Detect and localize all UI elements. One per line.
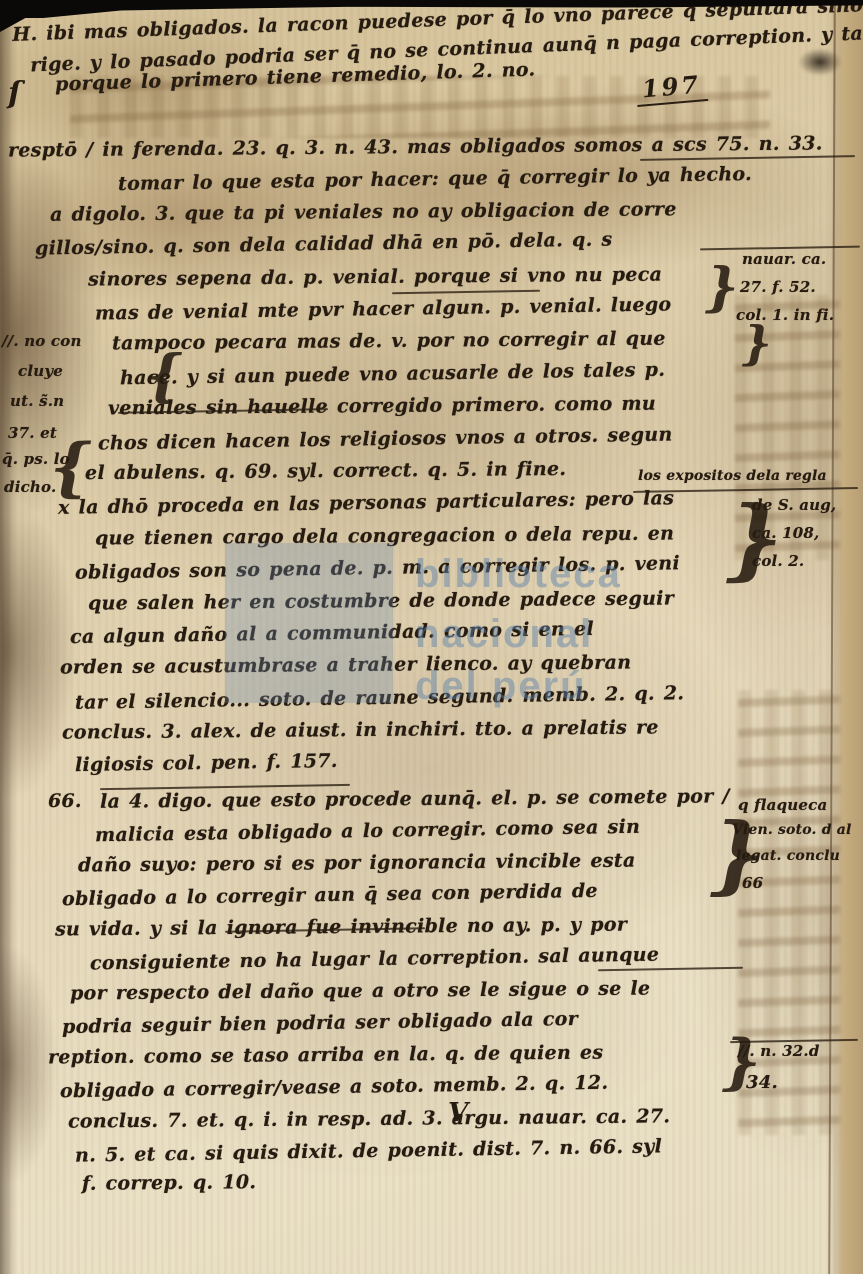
brace-glyph: { <box>50 436 91 500</box>
text-line: n. 5. et ca. si quis dixit. de poenit. d… <box>75 1135 662 1166</box>
rule-line <box>598 967 743 972</box>
brace-glyph: } <box>742 320 772 366</box>
text-line: consiguiente no ha lugar la correption. … <box>90 944 660 975</box>
text-line: conclus. 3. alex. de aiust. in inchiri. … <box>62 716 659 743</box>
brace-glyph: } <box>722 1032 761 1092</box>
text-line: ligiosis col. pen. f. 157. <box>75 750 338 776</box>
page-edge-left <box>0 0 16 1274</box>
text-line: podria seguir bien podria ser obligado a… <box>62 1008 578 1038</box>
brace-glyph: } <box>726 494 783 582</box>
check-mark: V <box>448 1098 468 1128</box>
text-line: hace. y si aun puede vno acusarle de los… <box>120 359 665 390</box>
page-corner-shadow <box>0 0 58 32</box>
text-line: chos dicen hacen los religiosos vnos a o… <box>98 423 673 454</box>
brace-glyph: { <box>146 348 182 404</box>
text-line: la 4. digo. que esto procede aunq̄. el. … <box>100 785 730 812</box>
margin-note-left: 66. <box>48 790 82 812</box>
margin-note-left: cluye <box>18 362 63 380</box>
margin-note-right: nauar. ca. <box>742 250 826 268</box>
brace-glyph: } <box>710 812 764 896</box>
text-line: por respecto del daño que a otro se le s… <box>70 977 651 1004</box>
margin-note-left: ut. s̃.n <box>10 392 64 410</box>
text-line: a digolo. 3. que ta pi veniales no ay ob… <box>50 198 677 225</box>
margin-note-left: dicho. <box>4 478 56 496</box>
manuscript-page: H. ibi mas obligados. la racon puedese p… <box>0 0 863 1274</box>
text-line: ca algun daño al a communidad. como si e… <box>70 618 594 648</box>
text-line: conclus. 7. et. q. i. in resp. ad. 3. ar… <box>68 1105 670 1132</box>
rule-line <box>392 290 540 295</box>
text-line: orden se acustumbrase a traher lienco. a… <box>60 652 631 679</box>
text-line: gillos/sino. q. son dela calidad dhā en … <box>35 228 613 259</box>
text-line: daño suyo: pero si es por ignorancia vin… <box>78 850 636 877</box>
text-line: sinores sepena da. p. venial. porque si … <box>88 263 662 290</box>
corner-fold-mark <box>798 48 842 76</box>
text-line: malicia esta obligado a lo corregir. com… <box>95 816 640 847</box>
text-line: obligado a lo corregir aun q̄ sea con pe… <box>62 880 598 910</box>
text-line: tampoco pecara mas de. v. por no corregi… <box>112 328 666 355</box>
text-line: su vida. y si la ignora fue invincible n… <box>55 914 627 941</box>
text-line: tar el silencio... soto. de raune segund… <box>75 682 685 714</box>
text-line: mas de venial mte pvr hacer algun. p. ve… <box>95 293 672 324</box>
text-line: x la dhō proceda en las personas particu… <box>58 487 674 519</box>
text-line: veniales sin hauelle corregido primero. … <box>108 393 656 420</box>
margin-note-right: 27. f. 52. <box>740 278 816 296</box>
text-line: obligado a corregir/vease a soto. memb. … <box>60 1072 609 1103</box>
text-line: que tienen cargo dela congregacion o del… <box>95 522 674 549</box>
text-line: tomar lo que esta por hacer: que q̄ corr… <box>118 163 752 195</box>
brace-glyph: } <box>705 262 738 314</box>
text-line: f. correp. q. 10. <box>82 1171 256 1195</box>
page-number: 197 <box>635 69 709 107</box>
text-line: el abulens. q. 69. syl. correct. q. 5. i… <box>85 458 566 484</box>
margin-note-left: //. no con <box>2 332 82 350</box>
margin-note-right: los expositos dela regla <box>638 468 827 484</box>
rule-line <box>640 155 855 161</box>
text-line: que salen her en costumbre de donde pade… <box>88 587 674 614</box>
ink-flourish: ſ <box>8 76 21 111</box>
text-line: reption. como se taso arriba en la. q. d… <box>48 1042 604 1069</box>
text-line: obligados son so pena de. p. m. a correg… <box>75 552 680 584</box>
